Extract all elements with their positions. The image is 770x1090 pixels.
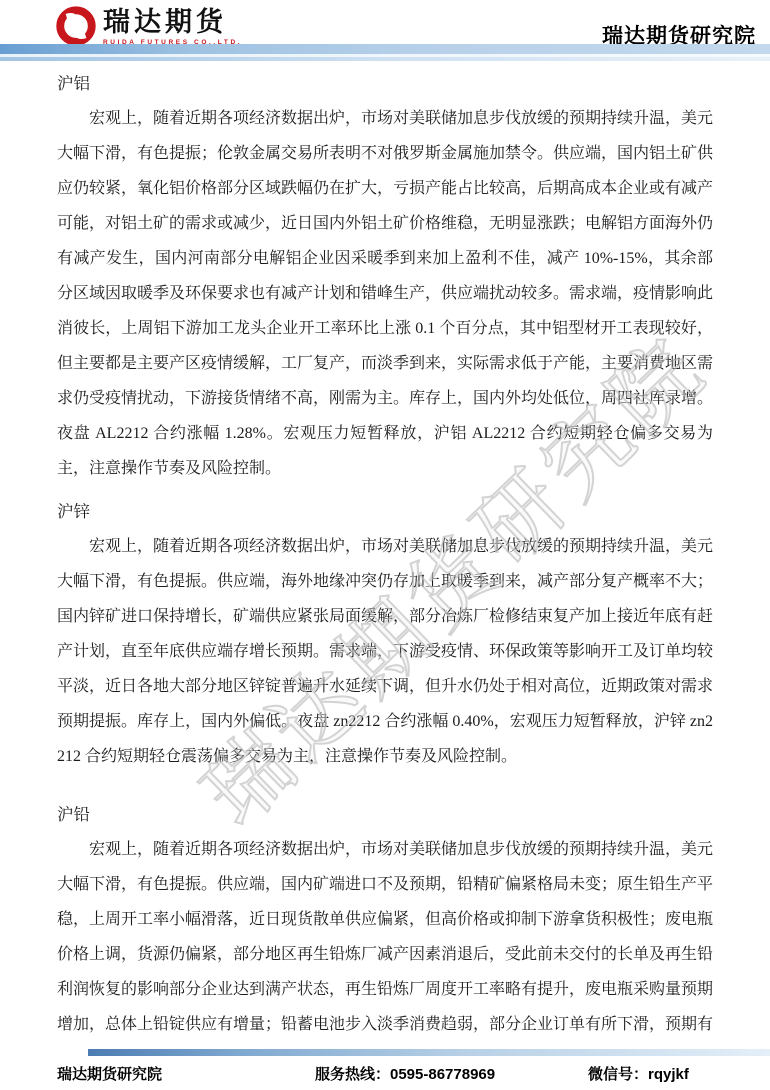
company-logo: 瑞达期货 RUIDA FUTURES CO.,LTD. <box>55 5 242 47</box>
footer-hotline: 服务热线：0595-86778969 <box>315 1063 495 1084</box>
footer-wechat: 微信号：rqyjkf <box>588 1063 689 1084</box>
section-title: 沪铝 <box>57 66 713 101</box>
footer-institute: 瑞达期货研究院 <box>57 1063 162 1084</box>
page-footer: 瑞达期货研究院 服务热线：0595-86778969 微信号：rqyjkf <box>0 1060 770 1086</box>
section-paragraph: 宏观上，随着近期各项经济数据出炉，市场对美联储加息步伐放缓的预期持续升温，美元大… <box>57 101 713 486</box>
header-divider-bar <box>0 44 770 61</box>
section-paragraph: 宏观上，随着近期各项经济数据出炉，市场对美联储加息步伐放缓的预期持续升温，美元大… <box>57 832 713 1042</box>
section-paragraph: 宏观上，随着近期各项经济数据出炉，市场对美联储加息步伐放缓的预期持续升温，美元大… <box>57 529 713 774</box>
logo-chinese-name: 瑞达期货 <box>103 7 242 37</box>
section-shanghai-zinc: 沪锌 宏观上，随着近期各项经济数据出炉，市场对美联储加息步伐放缓的预期持续升温，… <box>57 494 713 774</box>
section-shanghai-aluminum: 沪铝 宏观上，随着近期各项经济数据出炉，市场对美联储加息步伐放缓的预期持续升温，… <box>57 66 713 486</box>
section-shanghai-lead: 沪铅 宏观上，随着近期各项经济数据出炉，市场对美联储加息步伐放缓的预期持续升温，… <box>57 797 713 1042</box>
report-page: 瑞达期货 RUIDA FUTURES CO.,LTD. 瑞达期货研究院 瑞达期货… <box>0 0 770 1090</box>
section-title: 沪锌 <box>57 494 713 529</box>
footer-divider-bar <box>88 1049 770 1056</box>
section-title: 沪铅 <box>57 797 713 832</box>
ruida-swirl-icon <box>55 5 97 47</box>
